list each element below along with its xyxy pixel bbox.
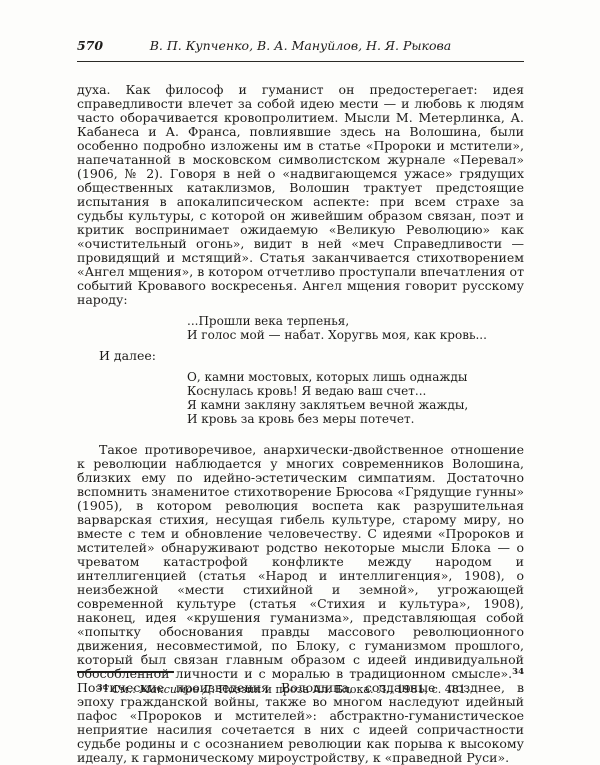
verse-line: И кровь за кровь без меры потечет. (187, 412, 524, 426)
footnote-marker: 34 (97, 682, 108, 692)
footnote: 34 См.: Максимов Д. Поэзия и проза Ал. Б… (77, 683, 524, 697)
verse-quote-2: О, камни мостовых, которых лишь однажды … (187, 370, 524, 426)
verse-line: Я камни закляну заклятьем вечной жажды, (187, 398, 524, 412)
running-header: 570 В. П. Купченко, В. А. Мануйлов, Н. Я… (77, 38, 524, 62)
book-page: 570 В. П. Купченко, В. А. Мануйлов, Н. Я… (0, 0, 600, 765)
footnote-rest: Поэзия и проза Ал. Блока. Л., 1981, с. 4… (215, 683, 469, 696)
footnote-rule (77, 671, 174, 673)
verse-line: И голос мой — набат. Хоругвь моя, как кр… (187, 328, 524, 342)
verse-line: О, камни мостовых, которых лишь однажды (187, 370, 524, 384)
body-paragraph-2: Такое противоречивое, анархически-двойст… (77, 443, 524, 765)
verse-line: Коснулась кровь! Я ведаю ваш счет... (187, 384, 524, 398)
verse-quote-1: ...Прошли века терпенья, И голос мой — н… (187, 314, 524, 342)
footnote-prefix: См.: (108, 683, 139, 696)
interjection: И далее: (77, 349, 524, 363)
body-paragraph-1: духа. Как философ и гуманист он предосте… (77, 83, 524, 307)
paragraph-2-text-before-ref: Такое противоречивое, анархически-двойст… (77, 442, 524, 681)
verse-line: ...Прошли века терпенья, (187, 314, 524, 328)
body-text: духа. Как философ и гуманист он предосте… (77, 83, 524, 765)
footnote-author: Максимов Д. (139, 683, 215, 696)
footnote-block: 34 См.: Максимов Д. Поэзия и проза Ал. Б… (77, 671, 524, 697)
running-header-authors: В. П. Купченко, В. А. Мануйлов, Н. Я. Ры… (77, 38, 524, 53)
